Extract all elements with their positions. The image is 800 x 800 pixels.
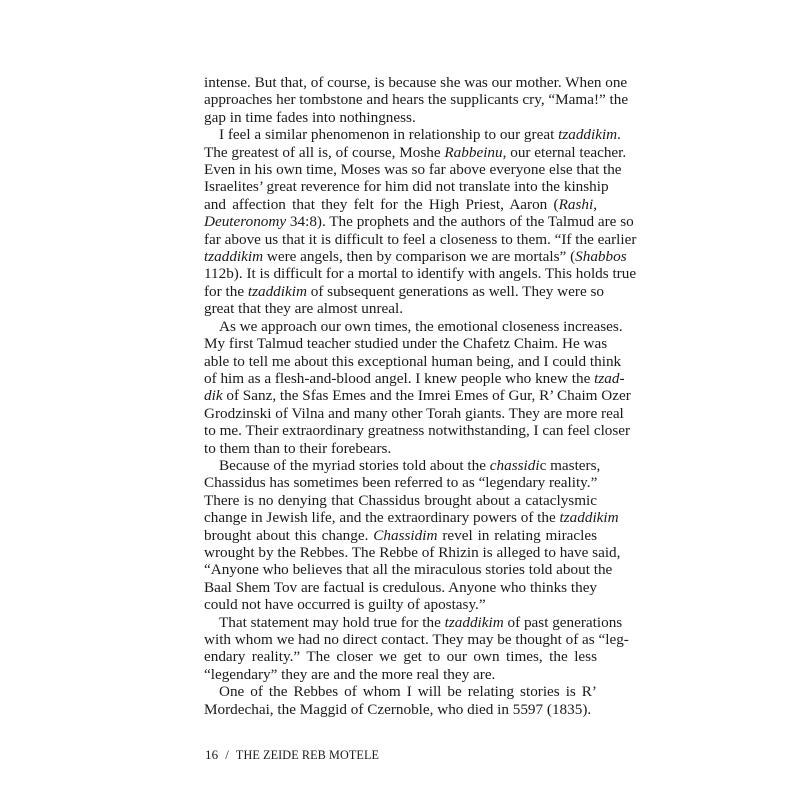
text-line: There is no denying that Chassidus broug… bbox=[204, 492, 597, 509]
text-line: My first Talmud teacher studied under th… bbox=[204, 335, 597, 352]
page-body: intense. But that, of course, is because… bbox=[204, 74, 597, 718]
text-line: I feel a similar phenomenon in relations… bbox=[204, 126, 597, 143]
text-line: far above us that it is difficult to fee… bbox=[204, 231, 597, 248]
text-line: dik of Sanz, the Sfas Emes and the Imrei… bbox=[204, 387, 597, 404]
text-line: Mordechai, the Maggid of Czernoble, who … bbox=[204, 701, 597, 718]
text-line: Because of the myriad stories told about… bbox=[204, 457, 597, 474]
text-line: wrought by the Rebbes. The Rebbe of Rhiz… bbox=[204, 544, 597, 561]
text-line: change in Jewish life, and the extraordi… bbox=[204, 509, 597, 526]
text-line: of him as a flesh-and-blood angel. I kne… bbox=[204, 370, 597, 387]
footer-separator: / bbox=[225, 747, 229, 762]
running-title: THE ZEIDE REB MOTELE bbox=[236, 748, 379, 762]
text-line: The greatest of all is, of course, Moshe… bbox=[204, 144, 597, 161]
text-line: tzaddikim were angels, then by compariso… bbox=[204, 248, 597, 265]
text-line: could not have occurred is guilty of apo… bbox=[204, 596, 597, 613]
text-line: approaches her tombstone and hears the s… bbox=[204, 91, 597, 108]
text-line: for the tzaddikim of subsequent generati… bbox=[204, 283, 597, 300]
text-line: with whom we had no direct contact. They… bbox=[204, 631, 597, 648]
page-number: 16 bbox=[205, 747, 218, 762]
text-line: One of the Rebbes of whom I will be rela… bbox=[204, 683, 597, 700]
text-line: endary reality.” The closer we get to ou… bbox=[204, 648, 597, 665]
text-line: As we approach our own times, the emotio… bbox=[204, 318, 597, 335]
text-line: 112b). It is difficult for a mortal to i… bbox=[204, 265, 597, 282]
text-line: able to tell me about this exceptional h… bbox=[204, 353, 597, 370]
text-line: Israelites’ great reverence for him did … bbox=[204, 178, 597, 195]
text-line: and affection that they felt for the Hig… bbox=[204, 196, 597, 213]
text-line: to them than to their forebears. bbox=[204, 440, 597, 457]
text-line: Chassidus has sometimes been referred to… bbox=[204, 474, 597, 491]
text-line: That statement may hold true for the tza… bbox=[204, 614, 597, 631]
text-line: to me. Their extraordinary greatness not… bbox=[204, 422, 597, 439]
text-line: gap in time fades into nothingness. bbox=[204, 109, 597, 126]
text-line: Deuteronomy 34:8). The prophets and the … bbox=[204, 213, 597, 230]
text-line: intense. But that, of course, is because… bbox=[204, 74, 597, 91]
text-line: Even in his own time, Moses was so far a… bbox=[204, 161, 597, 178]
text-line: “legendary” they are and the more real t… bbox=[204, 666, 597, 683]
text-line: Baal Shem Tov are factual is credulous. … bbox=[204, 579, 597, 596]
text-line: “Anyone who believes that all the miracu… bbox=[204, 561, 597, 578]
text-line: brought about this change. Chassidim rev… bbox=[204, 527, 597, 544]
text-line: great that they are almost unreal. bbox=[204, 300, 597, 317]
page-footer: 16/THE ZEIDE REB MOTELE bbox=[205, 747, 379, 763]
text-line: Grodzinski of Vilna and many other Torah… bbox=[204, 405, 597, 422]
